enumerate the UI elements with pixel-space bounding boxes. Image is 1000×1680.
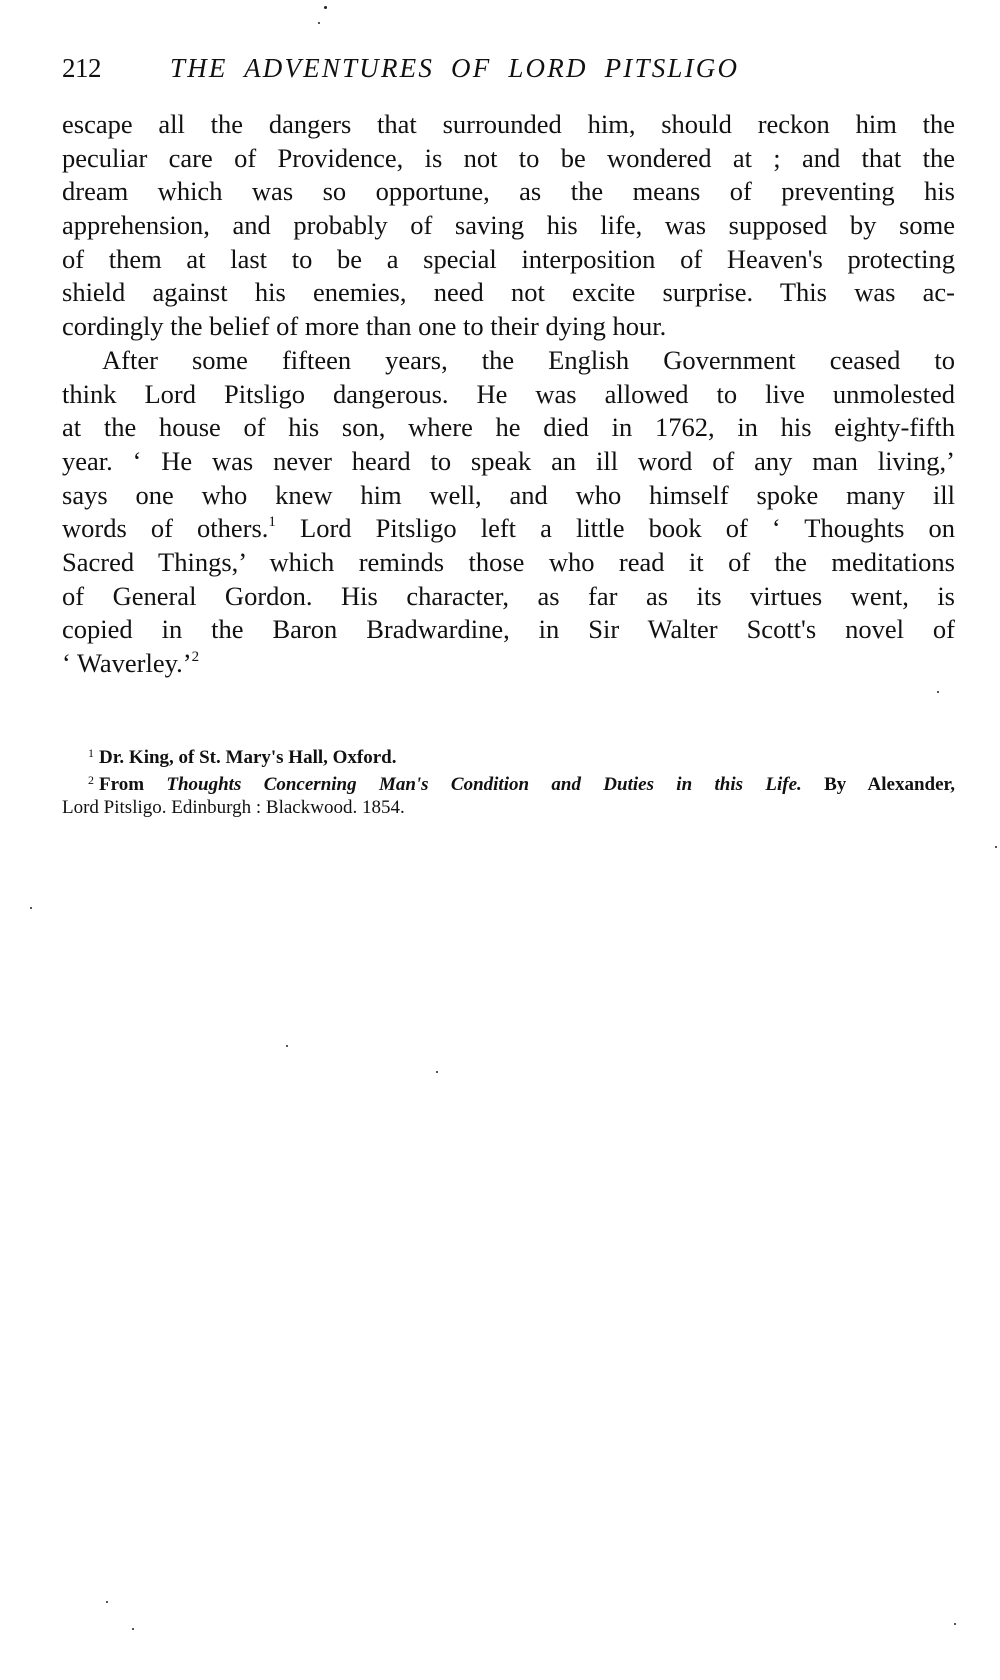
scan-speck xyxy=(318,22,320,24)
text-line: of General Gordon. His character, as far… xyxy=(62,580,955,614)
text-line: apprehension, and probably of saving his… xyxy=(62,209,955,243)
footnote-mark: 2 xyxy=(88,773,94,787)
text-line: says one who knew him well, and who hims… xyxy=(62,479,955,513)
scan-speck xyxy=(106,1601,108,1603)
scan-speck xyxy=(436,1071,438,1073)
text-line: think Lord Pitsligo dangerous. He was al… xyxy=(62,378,955,412)
text-line: dream which was so opportune, as the mea… xyxy=(62,175,955,209)
scan-speck xyxy=(30,907,32,909)
text-line: peculiar care of Providence, is not to b… xyxy=(62,142,955,176)
scan-speck xyxy=(937,691,939,693)
running-header: 212 THE ADVENTURES OF LORD PITSLIGO xyxy=(62,50,955,86)
footnote-book-title: Thoughts Concerning Man's Condition and … xyxy=(166,774,801,795)
text-line: shield against his enemies, need not exc… xyxy=(62,276,955,310)
footnotes: 1Dr. King, of St. Mary's Hall, Oxford. 2… xyxy=(62,740,955,821)
text-line: of them at last to be a special interpos… xyxy=(62,243,955,277)
text-line: copied in the Baron Bradwardine, in Sir … xyxy=(62,613,955,647)
footnote-mark: 1 xyxy=(88,746,94,760)
scan-speck xyxy=(954,1623,956,1625)
footnote-ref-1[interactable]: 1 xyxy=(268,514,276,530)
text-line-with-note: words of others.1 Lord Pitsligo left a l… xyxy=(62,512,955,546)
text-line-with-note: ‘ Waverley.’2 xyxy=(62,647,955,681)
text-segment: words of others. xyxy=(62,513,268,543)
footnote-1: 1Dr. King, of St. Mary's Hall, Oxford. xyxy=(62,740,955,767)
running-title: THE ADVENTURES OF LORD PITSLIGO xyxy=(170,50,739,86)
text-segment: Lord Pitsligo left a little book of ‘ Th… xyxy=(300,513,955,543)
footnote-2-continuation: Lord Pitsligo. Edinburgh : Blackwood. 18… xyxy=(62,794,955,821)
scan-speck xyxy=(995,846,997,848)
text-segment: ‘ Waverley.’ xyxy=(62,648,192,678)
text-line: year. ‘ He was never heard to speak an i… xyxy=(62,445,955,479)
text-line: escape all the dangers that surrounded h… xyxy=(62,108,955,142)
page-number: 212 xyxy=(62,50,101,86)
footnote-suffix: By Alexander, xyxy=(824,774,955,795)
text-line: at the house of his son, where he died i… xyxy=(62,411,955,445)
scan-speck xyxy=(286,1045,288,1047)
body-text: escape all the dangers that surrounded h… xyxy=(62,108,955,681)
footnote-ref-2[interactable]: 2 xyxy=(192,649,200,665)
scan-speck xyxy=(132,1628,134,1630)
text-line: Sacred Things,’ which reminds those who … xyxy=(62,546,955,580)
footnote-prefix: From xyxy=(99,774,144,795)
footnote-2: 2From Thoughts Concerning Man's Conditio… xyxy=(62,767,955,794)
book-page: 212 THE ADVENTURES OF LORD PITSLIGO esca… xyxy=(0,0,1000,1680)
footnote-text: Dr. King, of St. Mary's Hall, Oxford. xyxy=(99,747,397,768)
text-line: cordingly the belief of more than one to… xyxy=(62,310,955,344)
text-line: After some fifteen years, the English Go… xyxy=(62,344,955,378)
scan-speck xyxy=(324,6,327,9)
